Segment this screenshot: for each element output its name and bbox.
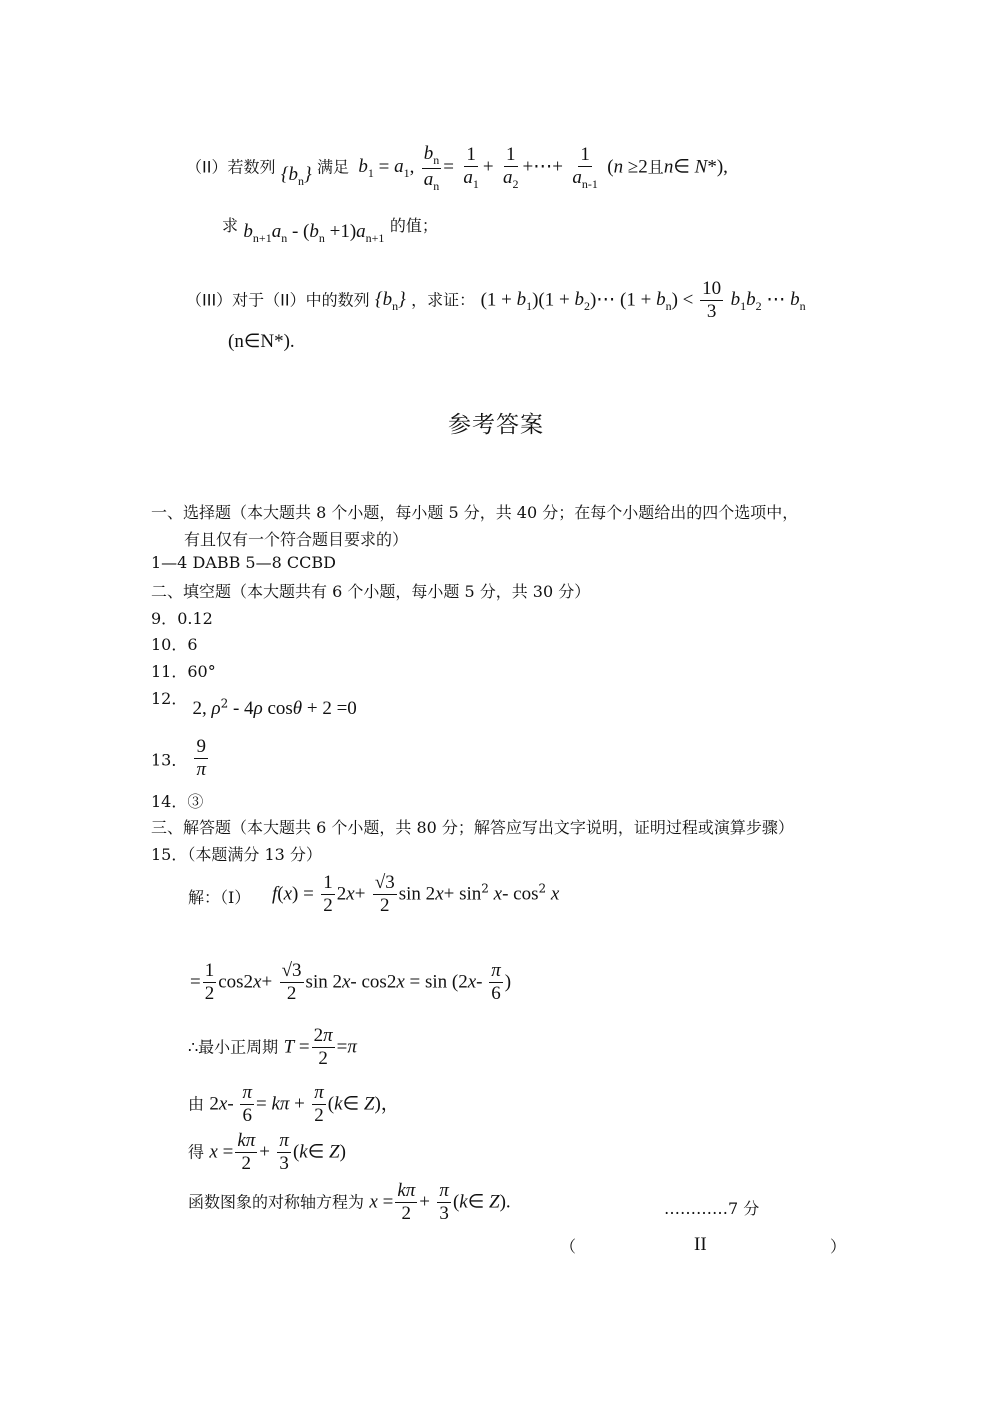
- fill-item-12: 12． 2, ρ2 - 4ρ cosθ + 2 =0: [151, 686, 357, 710]
- fill-item-9: 9．0.12: [151, 606, 213, 629]
- step2-equation: =12cos2x+ √32sin 2x- cos2x = sin (2x- π6…: [190, 960, 511, 1006]
- step4-condition: 由 2x- π6= kπ + π2(k∈ Z)，: [188, 1082, 400, 1128]
- answer-title: 参考答案: [448, 406, 544, 439]
- solution-label: 解：（I）: [188, 885, 250, 908]
- section2-heading: 二、填空题（本大题共有 6 个小题，每小题 5 分，共 30 分）: [151, 579, 590, 602]
- seq-b: {bn}: [281, 164, 312, 185]
- part2-close-paren: ）: [830, 1234, 846, 1257]
- inequality: (1 + b1)(1 + b2)⋯ (1 + bn) < 103 b1b2 ⋯ …: [481, 278, 806, 324]
- section1-heading-cont: 有且仅有一个符合题目要求的）: [184, 527, 408, 550]
- problem-part3-line1: （III）对于（II）中的数列 {bn} ，求证： (1 + b1)(1 + b…: [186, 278, 806, 324]
- satisfies-text: 满足: [317, 157, 349, 176]
- fill-item-13: 13． 9π: [151, 736, 210, 782]
- part2-formula: b1 = a1, bnan= 1a1+ 1a2+⋯+ 1an-1 (n ≥2且n…: [358, 143, 727, 193]
- ask-expression: bn+1an - (bn +1)an+1: [243, 222, 389, 242]
- problem-part3-domain: (n∈N*).: [228, 330, 295, 353]
- q15-title: 15．（本题满分 13 分）: [151, 842, 322, 865]
- step1-equation: f(x) = 122x+ √32sin 2x+ sin2 x- cos2 x: [272, 872, 559, 918]
- part2-open-paren: （: [560, 1234, 576, 1257]
- step6-axis: 函数图象的对称轴方程为 x =kπ2+ π3(k∈ Z).: [188, 1180, 511, 1226]
- part2-label: （II）若数列: [186, 157, 275, 176]
- section1-answers: 1—4 DABB 5—8 CCBD: [151, 553, 336, 572]
- score-7: …………7 分: [664, 1196, 759, 1219]
- section3-heading: 三、解答题（本大题共 6 个小题，共 80 分；解答应写出文字说明，证明过程或演…: [151, 815, 794, 838]
- step3-period: ∴最小正周期 T =2π2=π: [188, 1025, 357, 1071]
- problem-part2-line1: （II）若数列 {bn} 满足 b1 = a1, bnan= 1a1+ 1a2+…: [186, 143, 728, 193]
- part2-label: II: [694, 1234, 707, 1256]
- fill-item-10: 10．6: [151, 632, 198, 655]
- fill-item-11: 11．60°: [151, 659, 216, 682]
- fill-item-14: 14．③: [151, 789, 203, 812]
- seq-b: {bn}: [375, 289, 406, 310]
- step5-solution: 得 x =kπ2+ π3(k∈ Z): [188, 1130, 346, 1176]
- section1-heading: 一、选择题（本大题共 8 个小题，每小题 5 分，共 40 分；在每个小题给出的…: [151, 500, 798, 523]
- problem-part2-line2: 求 bn+1an - (bn +1)an+1 的值；: [222, 213, 438, 246]
